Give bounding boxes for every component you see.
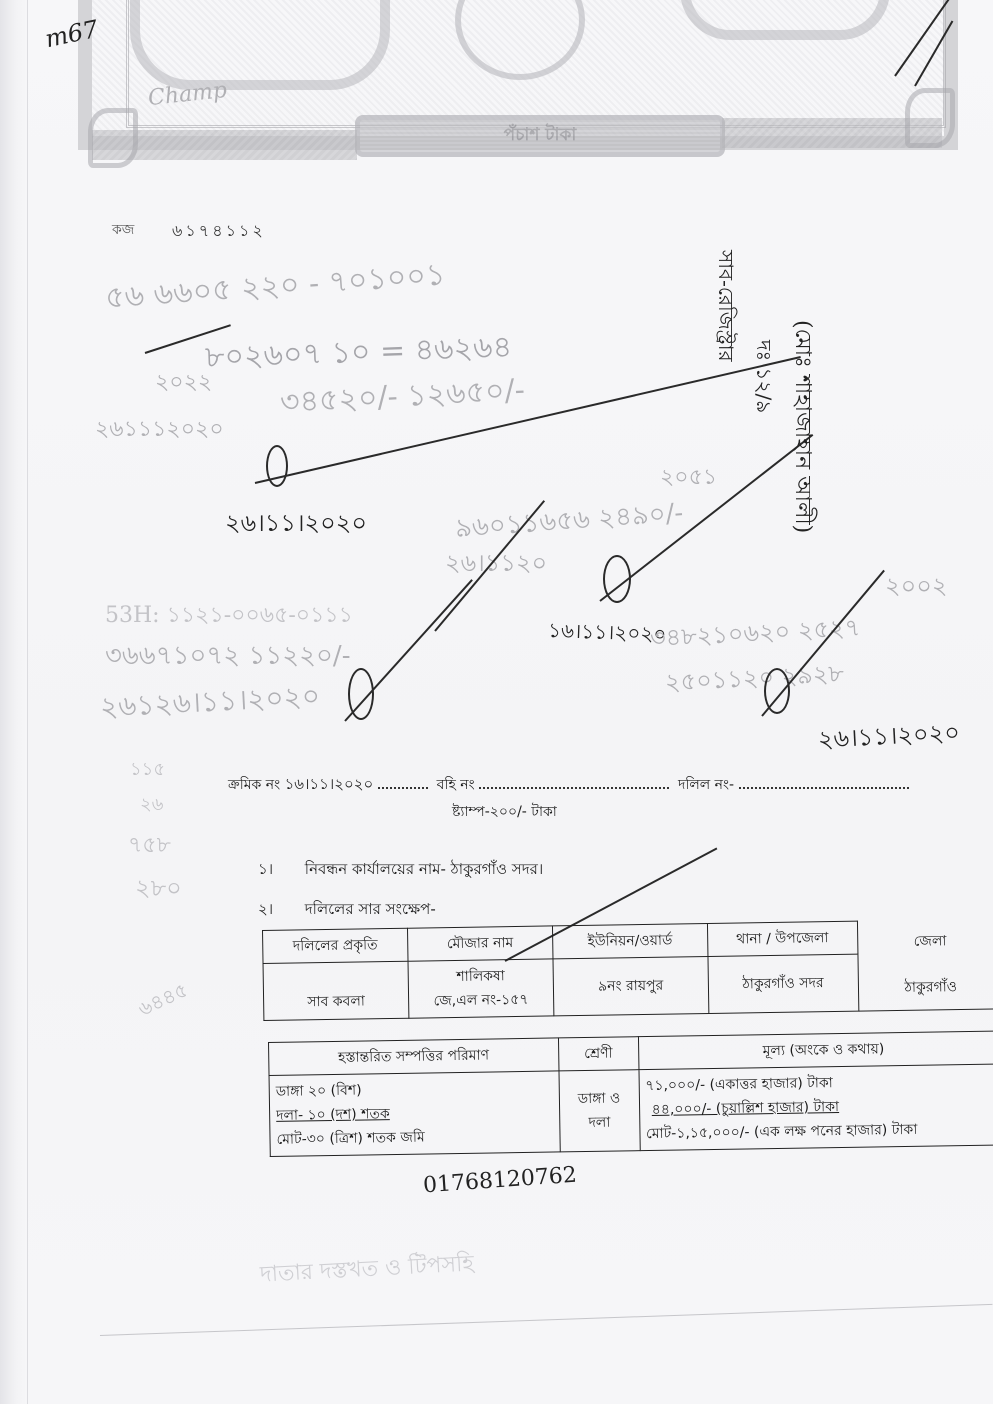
serial-no-value: ১৬।১১।২০২০ — [285, 775, 374, 793]
officer-signature-name: (মোঃ শাহাজাহান আলী) — [783, 320, 820, 533]
deed-page: পঁচাশ টাকা m67 Champ কজ ৬১৭৪১১২ ৫৬ ৬৬০৫ … — [0, 0, 993, 1404]
margin-note-5: ৬৪৪৫ — [133, 976, 194, 1028]
pencil-calculation-3: ২০২২ — [155, 365, 212, 402]
mouza-name: শালিকষা — [414, 964, 546, 990]
pencil-note-right-1: ২০০২ — [885, 568, 947, 608]
margin-note-3: ৭৫৮ — [128, 828, 171, 865]
quantity-line-total: মোট-৩০ (ত্রিশ) শতক জমি — [276, 1124, 553, 1152]
column-header: জেলা — [864, 929, 993, 955]
table-row: ডাঙ্গা ২০ (বিশ) দলা- ১০ (দশ) শতক মোট-৩০ … — [269, 1064, 993, 1157]
stamp-value-banner: পঁচাশ টাকা — [355, 115, 725, 157]
handwritten-date-1: ২৬।১১।২০২০ — [225, 505, 367, 545]
phone-number-handwritten: 01768120762 — [422, 1163, 577, 1199]
deed-type-cell: সাব কবলা — [263, 961, 409, 1020]
signature-loop — [764, 668, 790, 714]
item-number: ১। — [258, 858, 300, 883]
book-no-field[interactable] — [479, 775, 669, 789]
stamp-banner-text: পঁচাশ টাকা — [504, 122, 577, 150]
column-header: মূল্য (অংকে ও কথায়) — [638, 1031, 993, 1070]
pencil-calculation-1: ৫৬ ৬৬০৫ ২২০ - ৭০১০০১ — [104, 250, 447, 325]
serial-number: ৬১৭৪১১২ — [172, 218, 266, 245]
pencil-note-mid-3: ২৬।১১২০ — [445, 545, 547, 585]
page-edge — [0, 0, 28, 1404]
faded-bleedthrough-text: দাতার দস্তখত ও টিপসহি — [259, 1246, 475, 1294]
item-deed-summary: ২। দলিলের সার সংক্ষেপ- — [258, 898, 436, 923]
pencil-note-left-3: ২৬১২৬।১১।২০২০ — [99, 674, 321, 732]
officer-signature-date: দঃ ১২/৯ — [745, 340, 778, 413]
pencil-note-mid-1: ২০৫১ — [660, 460, 717, 497]
page-fold-line — [100, 1304, 992, 1336]
signature-loop — [348, 668, 374, 720]
jl-number: জে,এল নং-১৫৭ — [415, 988, 547, 1014]
deed-no-label: দলিল নং- — [678, 777, 734, 793]
column-header: মৌজার নাম — [407, 926, 552, 961]
property-value-table: হস্তান্তরিত সম্পত্তির পরিমাণ শ্রেণী মূল্… — [268, 1030, 993, 1157]
margin-note-4: ২৮০ — [135, 870, 182, 910]
column-header: থানা / উপজেলা — [707, 921, 857, 956]
stamp-ornament-right — [680, 0, 890, 40]
district-cell: জেলা ঠাকুরগাঁও — [857, 919, 993, 1011]
item-number: ২। — [258, 898, 300, 923]
deed-no-field[interactable] — [739, 775, 909, 789]
value-cell: ৭১,০০০/- (একাত্তর হাজার) টাকা ৪৪,০০০/- (… — [639, 1064, 993, 1151]
column-header: দলিলের প্রকৃতি — [263, 928, 408, 963]
corner-ornament-icon — [905, 88, 955, 148]
item-registration-office: ১। নিবন্ধন কার্যালয়ের নাম- ঠাকুরগাঁও সদ… — [258, 858, 543, 883]
category-line: দলা — [566, 1110, 633, 1135]
item-text: নিবন্ধন কার্যালয়ের নাম- ঠাকুরগাঁও সদর। — [305, 860, 543, 878]
margin-note-1: ১১৫ — [130, 755, 165, 786]
deed-header-row: ক্রমিক নং ১৬।১১।২০২০ বহি নং দলিল নং- — [228, 773, 993, 798]
serial-label: কজ — [112, 218, 134, 242]
officer-signature-title: সাব-রেজিস্ট্রার — [707, 250, 740, 362]
serial-no-dots — [378, 775, 428, 789]
column-header: হস্তান্তরিত সম্পত্তির পরিমাণ — [269, 1038, 559, 1076]
column-header: শ্রেণী — [558, 1037, 638, 1071]
item-text: দলিলের সার সংক্ষেপ- — [305, 900, 436, 918]
pencil-note-mid-2: ৯৬০১১৬৫৬ ২৪৯০/- — [454, 492, 685, 552]
category-line: ডাঙ্গা ও — [565, 1086, 632, 1111]
deed-number-handwritten: ২৬।১১।২০২০ — [817, 714, 961, 761]
pencil-note-left-1: 53H: ১১২১-০০৬৫-০১১১ — [105, 598, 353, 635]
serial-no-label: ক্রমিক নং — [228, 777, 280, 793]
signature-loop — [603, 555, 631, 603]
stamp-duty: ষ্ট্যাম্প-২০০/- টাকা — [452, 800, 557, 824]
column-header: ইউনিয়ন/ওয়ার্ড — [552, 924, 707, 959]
pencil-note-left-2: ৩৬৬৭১০৭২ ১১২২০/- — [105, 635, 350, 679]
signature-loop — [266, 445, 288, 487]
book-no-label: বহি নং — [437, 777, 475, 793]
mouza-cell: শালিকষা জে,এল নং-১৫৭ — [408, 959, 554, 1018]
pencil-note-right-3: ২৫০১১২০ ২৯২৮ — [664, 655, 845, 704]
stamp-ornament-left — [130, 0, 390, 90]
district-value: ঠাকুরগাঁও — [864, 975, 993, 1001]
union-cell: ৯নং রায়পুর — [553, 957, 709, 1016]
corner-ornament-icon — [88, 108, 138, 168]
quantity-cell: ডাঙ্গা ২০ (বিশ) দলা- ১০ (দশ) শতক মোট-৩০ … — [269, 1071, 560, 1157]
category-cell: ডাঙ্গা ও দলা — [559, 1070, 640, 1152]
pencil-calculation-5: ২৬১১১২০২০ — [95, 412, 224, 449]
deed-summary-table: দলিলের প্রকৃতি মৌজার নাম ইউনিয়ন/ওয়ার্ড… — [262, 918, 993, 1021]
value-line-total: মোট-১,১৫,০০০/- (এক লক্ষ পনের হাজার) টাকা — [646, 1116, 993, 1146]
thana-cell: ঠাকুরগাঁও সদর — [708, 954, 859, 1013]
margin-note-2: ২৬ — [140, 790, 163, 821]
